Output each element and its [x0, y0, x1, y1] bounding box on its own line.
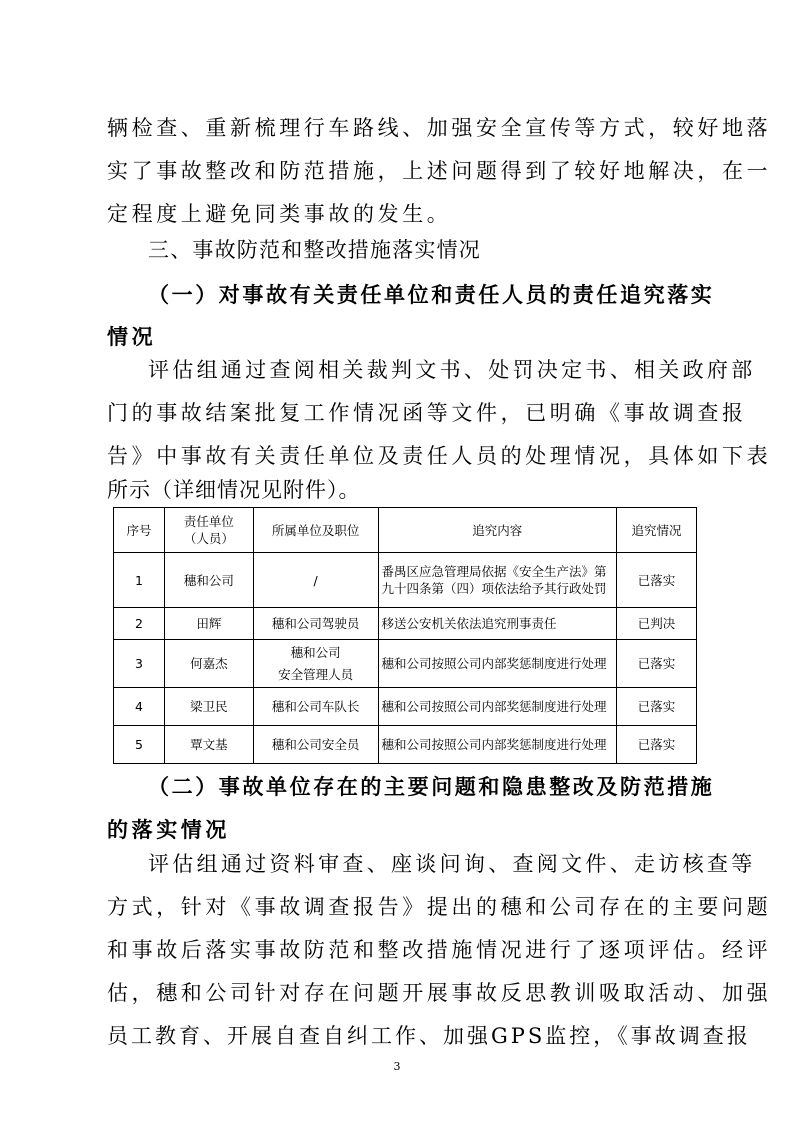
paragraph-line: 实了事故整改和防范措施，上述问题得到了较好地解决，在一 — [107, 157, 702, 185]
header-unit-line: （人员） — [167, 530, 251, 547]
cell-content: 穗和公司按照公司内部奖惩制度进行处理 — [378, 640, 617, 688]
cell-content: 番禺区应急管理局依据《安全生产法》第九十四条第（四）项依法给予其行政处罚 — [378, 553, 617, 608]
body-paragraph-line: 告》中事故有关责任单位及责任人员的处理情况，具体如下表 — [107, 442, 702, 470]
body-paragraph-line: 所示（详细情况见附件）。 — [107, 476, 702, 504]
cell-content: 移送公安机关依法追究刑事责任 — [378, 608, 617, 640]
cell-unit: 梁卫民 — [164, 688, 253, 726]
body-paragraph-line: 门的事故结案批复工作情况函等文件，已明确《事故调查报 — [107, 399, 702, 427]
position-line: 安全管理人员 — [256, 664, 376, 686]
cell-position: 穗和公司安全员 — [253, 726, 378, 764]
cell-status: 已落实 — [617, 553, 697, 608]
cell-status: 已落实 — [617, 640, 697, 688]
header-status: 追究情况 — [617, 508, 697, 553]
table-row: 3 何嘉杰 穗和公司 安全管理人员 穗和公司按照公司内部奖惩制度进行处理 已落实 — [114, 640, 697, 688]
cell-position: 穗和公司车队长 — [253, 688, 378, 726]
cell-position: 穗和公司驾驶员 — [253, 608, 378, 640]
cell-unit: 穗和公司 — [164, 553, 253, 608]
cell-no: 2 — [114, 608, 165, 640]
cell-status: 已落实 — [617, 726, 697, 764]
cell-unit: 田辉 — [164, 608, 253, 640]
cell-position: 穗和公司 安全管理人员 — [253, 640, 378, 688]
table-row: 4 梁卫民 穗和公司车队长 穗和公司按照公司内部奖惩制度进行处理 已落实 — [114, 688, 697, 726]
subsection-title: （一）对事故有关责任单位和责任人员的责任追究落实 — [148, 281, 743, 309]
cell-unit: 覃文基 — [164, 726, 253, 764]
paragraph-line: 辆检查、重新梳理行车路线、加强安全宣传等方式，较好地落 — [107, 114, 702, 142]
cell-content: 穗和公司按照公司内部奖惩制度进行处理 — [378, 688, 617, 726]
responsibility-table: 序号 责任单位 （人员） 所属单位及职位 追究内容 追究情况 1 穗和公司 / … — [113, 507, 697, 764]
subsection-title: 情况 — [107, 323, 702, 351]
cell-no: 1 — [114, 553, 165, 608]
table-row: 1 穗和公司 / 番禺区应急管理局依据《安全生产法》第九十四条第（四）项依法给予… — [114, 553, 697, 608]
subsection-title: （二）事故单位存在的主要问题和隐患整改及防范措施 — [148, 773, 743, 801]
subsection-title: 的落实情况 — [107, 816, 702, 844]
body-paragraph-line: 评估组通过资料审查、座谈问询、查阅文件、走访核查等 — [148, 850, 743, 878]
cell-no: 5 — [114, 726, 165, 764]
cell-unit: 何嘉杰 — [164, 640, 253, 688]
header-unit: 责任单位 （人员） — [164, 508, 253, 553]
cell-no: 4 — [114, 688, 165, 726]
body-paragraph-line: 和事故后落实事故防范和整改措施情况进行了逐项评估。经评 — [107, 936, 702, 964]
body-paragraph-line: 评估组通过查阅相关裁判文书、处罚决定书、相关政府部 — [148, 356, 743, 384]
header-no: 序号 — [114, 508, 165, 553]
header-content: 追究内容 — [378, 508, 617, 553]
position-line: 穗和公司 — [256, 642, 376, 664]
header-position: 所属单位及职位 — [253, 508, 378, 553]
cell-content: 穗和公司按照公司内部奖惩制度进行处理 — [378, 726, 617, 764]
table-header-row: 序号 责任单位 （人员） 所属单位及职位 追究内容 追究情况 — [114, 508, 697, 553]
body-paragraph-line: 估，穗和公司针对存在问题开展事故反思教训吸取活动、加强 — [107, 979, 702, 1007]
body-paragraph-line: 员工教育、开展自查自纠工作、加强GPS监控，《事故调查报 — [107, 1022, 702, 1050]
cell-status: 已判决 — [617, 608, 697, 640]
body-paragraph-line: 方式，针对《事故调查报告》提出的穗和公司存在的主要问题 — [107, 893, 702, 921]
cell-status: 已落实 — [617, 688, 697, 726]
document-page: 辆检查、重新梳理行车路线、加强安全宣传等方式，较好地落 实了事故整改和防范措施，… — [0, 0, 794, 1123]
section-heading: 三、事故防范和整改措施落实情况 — [148, 236, 743, 264]
table-row: 2 田辉 穗和公司驾驶员 移送公安机关依法追究刑事责任 已判决 — [114, 608, 697, 640]
cell-no: 3 — [114, 640, 165, 688]
paragraph-line: 定程度上避免同类事故的发生。 — [107, 200, 702, 228]
cell-position: / — [253, 553, 378, 608]
table-row: 5 覃文基 穗和公司安全员 穗和公司按照公司内部奖惩制度进行处理 已落实 — [114, 726, 697, 764]
page-number: 3 — [0, 1060, 794, 1073]
header-unit-line: 责任单位 — [167, 513, 251, 530]
